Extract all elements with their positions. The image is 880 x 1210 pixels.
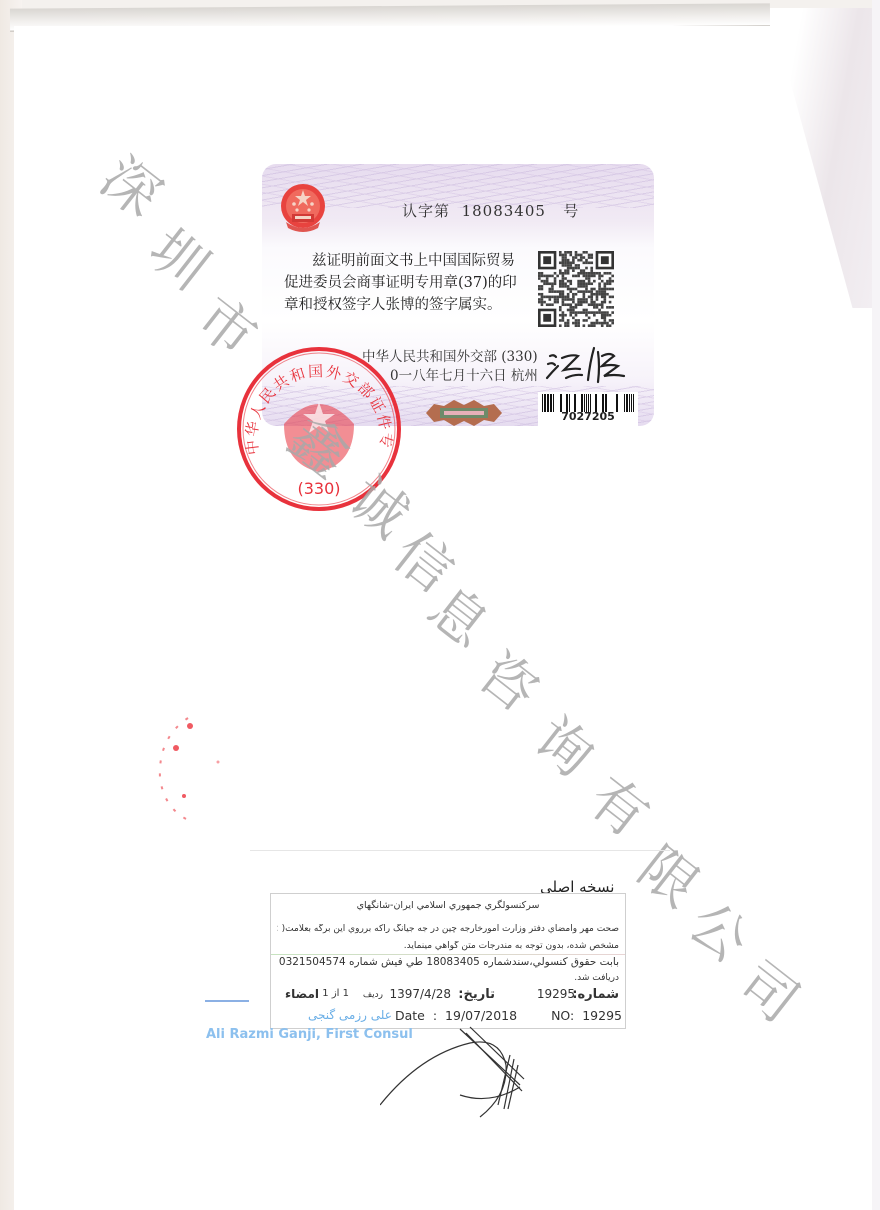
barcode-number: 7027205 <box>538 410 638 423</box>
consulate-text-line-1: صحت مهر وامضاي دفتر وزارت امورخارجه چين … <box>277 924 619 934</box>
certificate-number-value: 18083405 <box>462 202 546 220</box>
consulate-number-row: شماره: 19295 تاريخ: 1397/4/28 رديف 1 از … <box>277 987 619 1005</box>
date-label: تاريخ: <box>458 987 495 1002</box>
divider-line <box>250 850 670 851</box>
qr-code-icon <box>538 250 614 328</box>
scan-right-edge <box>872 0 880 1210</box>
row-value: 1 از 1 <box>322 988 349 999</box>
signature-label: امضاء <box>285 987 319 1001</box>
barcode: 7027205 <box>538 392 638 426</box>
hologram-icon <box>426 400 502 426</box>
number-english: NO: 19295 <box>551 1008 622 1023</box>
consulate-title: سركنسولگري جمهوري اسلامي ايران-شانگهاي <box>271 900 625 911</box>
certification-line-3: 章和授权签字人张博的签字属实。 <box>284 294 524 316</box>
english-date-number: Date : 19/07/2018 NO: 19295 <box>395 1008 622 1023</box>
certification-text: 兹证明前面文书上中国国际贸易 促进委员会商事证明专用章(37)的印 章和授权签字… <box>284 250 524 316</box>
faded-red-stamp <box>148 708 268 828</box>
consul-signature <box>380 1025 540 1125</box>
national-emblem-icon <box>278 182 328 236</box>
certificate-number: 认字第 18083405 号 <box>402 200 579 221</box>
date-persian: 1397/4/28 <box>389 987 451 1001</box>
certification-line-2: 促进委员会商事证明专用章(37)的印 <box>284 272 524 294</box>
consul-name-persian: علی رزمی گنجی <box>308 1008 392 1022</box>
certificate-number-suffix: 号 <box>563 202 579 220</box>
consulate-text-line-2: مشخص شده، بدون توجه به مندرجات متن گواهي… <box>277 941 619 951</box>
row-label: رديف <box>363 990 383 1000</box>
certification-line-1: 兹证明前面文书上中国国际贸易 <box>312 253 515 269</box>
number-label: شماره: <box>572 987 619 1002</box>
consulate-separator <box>271 954 625 955</box>
official-signature <box>544 342 630 386</box>
consulate-text-line-3: بابت حقوق كنسولي،سندشماره 18083405 طي في… <box>277 956 619 968</box>
number-value: 19295 <box>537 987 575 1001</box>
blue-stamp-line <box>205 1000 249 1002</box>
certificate-number-prefix: 认字第 <box>402 202 450 220</box>
date-english: Date : 19/07/2018 <box>395 1008 517 1023</box>
consulate-text-line-4: دريافت شد. <box>277 973 619 983</box>
